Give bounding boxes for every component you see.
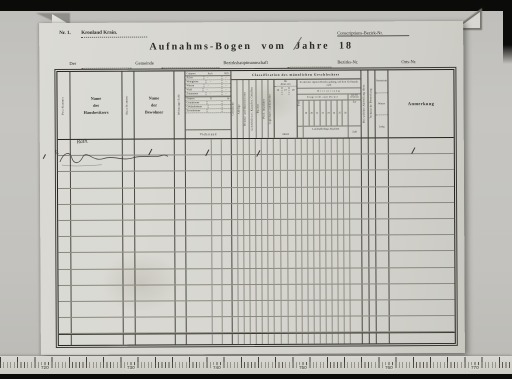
table-cell <box>376 203 389 218</box>
table-cell <box>223 334 233 344</box>
margin-mark <box>43 154 46 159</box>
column-house-owner-name: Name des Hausbesitzers <box>70 72 122 139</box>
age-footer: Jahren <box>275 133 297 138</box>
table-cell <box>135 269 175 284</box>
table-cell <box>59 302 72 317</box>
table-cell <box>135 253 175 268</box>
table-cell <box>288 268 296 283</box>
column-post-number: Post-Nummer <box>57 72 70 139</box>
footer-count-label: Zahl <box>348 126 361 137</box>
klafter-label: Klft. <box>225 72 230 75</box>
table-cell <box>281 220 288 235</box>
dash: – <box>221 76 229 79</box>
footer-label: Landespflichtige Abschnitt <box>304 126 348 137</box>
column-cultures-taxes: Culturen Joch Klft. Äcker–– Weingärten––… <box>185 71 231 138</box>
table-cell <box>350 171 362 186</box>
estate-column: Taglöhner und Knechte <box>268 80 273 138</box>
subheader-bezirk-nr: Bezirks-Nr. <box>337 59 358 64</box>
cultures-box: Culturen Joch Klft. Äcker–– Weingärten––… <box>185 71 230 138</box>
table-cell <box>175 172 186 187</box>
table-cell <box>175 236 186 251</box>
column-classification: Classification des männlichen Geschlecht… <box>231 70 361 138</box>
table-cell <box>135 237 175 252</box>
table-cell <box>369 171 376 186</box>
table-cell <box>274 252 281 267</box>
table-cell <box>281 171 288 186</box>
table-cell <box>187 334 213 344</box>
age-col: 19 <box>290 87 297 95</box>
table-cell <box>288 220 296 235</box>
table-cell <box>363 334 370 344</box>
table-cell <box>222 252 232 267</box>
estate-label: Beamte und Honoratioren <box>245 92 248 126</box>
table-cell <box>58 189 71 204</box>
table-cell <box>389 203 454 219</box>
table-cell <box>350 219 362 234</box>
livestock-label: Viehstand <box>186 130 231 138</box>
blank-line <box>287 66 331 68</box>
table-cell <box>389 219 454 235</box>
classification-estate-columns: Geistliche Adelige Beamte und Honoratior… <box>231 80 274 138</box>
cell <box>207 109 215 112</box>
classification-body: Geistliche Adelige Beamte und Honoratior… <box>231 79 360 138</box>
table-cell <box>124 285 136 300</box>
table-cell <box>212 139 222 154</box>
table-cell <box>288 204 296 219</box>
table-cell <box>275 334 282 344</box>
handwritten-signature-flourish <box>58 146 170 169</box>
subheader-der: Der <box>69 61 76 66</box>
table-cell <box>135 172 175 187</box>
table-cell <box>175 204 186 219</box>
dash: – <box>204 84 212 87</box>
table-cell <box>281 187 288 202</box>
table-cell <box>222 269 232 284</box>
form-paper-sheet: Nr. 1. Kronland Krain. Conscriptions-Bez… <box>39 21 465 355</box>
table-cell <box>289 317 297 332</box>
table-cell <box>389 138 454 154</box>
table-cell <box>362 219 369 234</box>
table-cell <box>350 155 362 170</box>
column-marital-status: Verehelicht Witwer Ledig <box>375 70 388 137</box>
table-cell <box>124 335 136 345</box>
table-cell <box>370 284 377 299</box>
table-cell <box>176 317 187 332</box>
table-cell <box>281 204 288 219</box>
table-cell <box>389 235 454 251</box>
photo-frame-top <box>0 0 512 11</box>
estate-label: Gewerbsleute, Künstler, Gehilfen <box>251 87 254 131</box>
table-cell <box>212 188 222 203</box>
table-cell <box>288 187 296 202</box>
table-cell <box>186 155 212 170</box>
table-cell <box>282 284 289 299</box>
table-cell <box>274 171 281 186</box>
table-cell <box>363 300 370 315</box>
cell <box>208 105 216 108</box>
age-box: Im Alter von 14 17 19 Jahren <box>274 80 297 138</box>
table-cell <box>175 269 186 284</box>
table-cell <box>136 317 176 332</box>
cell <box>222 101 230 104</box>
table-cell <box>350 252 362 267</box>
marital-option: Witwer <box>376 93 388 116</box>
table-cell <box>350 138 362 153</box>
column-label: Bei welcher Abtheilung dient <box>363 85 366 123</box>
sea-label: Zur See bestimmt <box>349 94 361 99</box>
column-label: Wohnungs-Zahl <box>178 95 181 116</box>
table-cell <box>288 155 296 170</box>
table-cell <box>274 139 281 154</box>
enrolled-label: Eingereiht zum Dienst <box>298 94 349 99</box>
table-cell <box>351 284 363 299</box>
table-cell <box>212 172 222 187</box>
estate-label: Bauern <box>257 104 260 113</box>
ruler-label: 770 <box>470 365 480 370</box>
table-cell <box>213 301 223 316</box>
age-col: 14 <box>274 87 282 95</box>
table-cell <box>175 188 186 203</box>
ruler-label: 760 <box>384 365 394 370</box>
table-cell <box>135 204 175 219</box>
table-cell <box>362 171 369 186</box>
conscription-district-label: Conscriptions-Bezirk-Nr. <box>337 30 409 37</box>
age-columns: 14 17 19 <box>274 86 296 95</box>
table-cell <box>275 301 282 316</box>
table-cell <box>59 335 72 345</box>
table-cell <box>213 317 223 332</box>
cell <box>222 105 230 108</box>
table-cell <box>370 334 377 344</box>
table-cell <box>176 335 187 345</box>
table-cell <box>72 318 124 333</box>
dash: – <box>221 92 229 95</box>
table-cell <box>222 139 232 154</box>
table-cell <box>389 170 454 186</box>
dash: – <box>203 88 211 91</box>
table-cell <box>186 172 212 187</box>
recruitment-box: Zu dem der eigenen Bezirke gehörig, und … <box>297 79 360 137</box>
table-cell <box>223 301 233 316</box>
culture-label: Äcker <box>186 76 192 79</box>
table-cell <box>123 253 135 268</box>
table-cell <box>175 220 186 235</box>
table-cell <box>369 268 376 283</box>
column-label: Anmerkung <box>408 101 434 106</box>
table-cell <box>123 188 135 203</box>
table-cell <box>135 220 175 235</box>
free-label: Frei <box>299 101 302 106</box>
table-cell <box>187 317 213 332</box>
table-cell <box>289 301 297 316</box>
table-cell <box>176 301 187 316</box>
table-cell <box>71 188 123 203</box>
table-cell <box>58 237 71 252</box>
marital-option: Ledig <box>376 116 388 138</box>
table-cell <box>136 285 176 300</box>
table-cell <box>351 334 363 344</box>
table-cell <box>351 316 363 331</box>
ruler-label: 750 <box>298 365 308 370</box>
table-cell <box>58 205 71 220</box>
table-cell <box>136 301 176 316</box>
table-cell <box>288 236 296 251</box>
document-number: Nr. 1. <box>59 31 71 37</box>
table-cell <box>212 252 222 267</box>
table-cell <box>222 236 232 251</box>
table-cell <box>123 221 135 236</box>
column-label: Post-Nummer <box>62 97 65 115</box>
table-cell <box>58 253 71 268</box>
table-cell <box>58 172 71 187</box>
table-cell <box>350 187 362 202</box>
table-cell <box>124 301 136 316</box>
column-label: Haus-Nummer <box>127 96 130 115</box>
table-cell <box>376 171 389 186</box>
table-cell <box>71 221 123 236</box>
table-cell <box>377 284 390 299</box>
table-cell <box>187 285 213 300</box>
tax-label: Gebäudesteuer <box>187 105 202 108</box>
cultures-title: Culturen <box>186 72 195 75</box>
table-cell <box>362 138 369 153</box>
table-cell <box>390 333 455 343</box>
culture-label: Wiesen <box>186 84 194 87</box>
table-cell <box>389 187 454 203</box>
table-cell <box>376 252 389 267</box>
classification-box: Classification des männlichen Geschlecht… <box>231 70 360 138</box>
column-house-number: Haus-Nummer <box>122 72 134 139</box>
column-resident-name: Name der Bewohner <box>134 71 174 138</box>
table-cell <box>362 187 369 202</box>
table-cell <box>176 285 187 300</box>
taxes-box: Steuern fl kr Grundsteuer Gebäudesteuer … <box>186 96 231 130</box>
table-cell <box>274 187 281 202</box>
table-cell <box>389 154 454 170</box>
column-label: Name des Hausbesitzers <box>84 95 109 117</box>
table-cell <box>71 253 123 268</box>
table-cell <box>377 316 390 331</box>
culture-label: Zusammen <box>186 92 198 95</box>
table-cell <box>350 236 362 251</box>
table-cell <box>281 139 288 154</box>
table-cell <box>212 204 222 219</box>
column-dwelling-count: Wohnungs-Zahl <box>174 71 185 138</box>
dash: – <box>206 80 214 83</box>
subheader-bezirkshauptmannschaft: Bezirkshauptmannschaft <box>223 60 268 65</box>
table-cell <box>376 187 389 202</box>
subheader-orts-nr: Orts-Nr. <box>401 59 416 64</box>
estate-label: Prof. Inwohner <box>263 99 266 119</box>
table-cell <box>274 204 281 219</box>
table-cell <box>289 284 297 299</box>
cell <box>222 109 230 112</box>
table-cell <box>222 204 232 219</box>
table-cell <box>222 220 232 235</box>
fl-label: fl <box>210 97 212 100</box>
table-cell <box>289 334 297 344</box>
table-cell <box>351 300 363 315</box>
scanned-document-photo: Nr. 1. Kronland Krain. Conscriptions-Bez… <box>0 0 512 379</box>
blank-line <box>81 67 131 69</box>
table-cell <box>135 188 175 203</box>
table-cell <box>123 237 135 252</box>
tax-row: Erwerbsteuer <box>186 109 231 113</box>
table-cell <box>350 203 362 218</box>
estate-label: Taglöhner und Knechte <box>270 94 273 124</box>
table-cell <box>175 156 186 171</box>
photo-frame-bottom <box>0 374 512 379</box>
subheader-gemeinde: Gemeinde <box>135 61 154 66</box>
joch-label: Joch <box>208 72 213 75</box>
table-cell <box>363 284 370 299</box>
table-cell <box>390 300 455 316</box>
table-cell <box>389 251 454 267</box>
tax-label: Grundsteuer <box>187 101 200 104</box>
age-col: 17 <box>282 87 290 95</box>
table-cell <box>175 253 186 268</box>
table-cell <box>377 300 390 315</box>
dash: – <box>221 88 229 91</box>
table-cell <box>72 285 124 300</box>
table-cell <box>213 285 223 300</box>
ruler-label: 730 <box>126 365 136 370</box>
table-cell <box>288 139 296 154</box>
blank-line <box>161 66 219 68</box>
table-cell <box>282 334 289 344</box>
cell <box>206 101 214 104</box>
kr-label: kr <box>227 97 229 100</box>
table-cell <box>350 268 362 283</box>
table-cell <box>369 252 376 267</box>
table-cell <box>362 252 369 267</box>
crownland-label: Kronland Krain. <box>81 31 147 38</box>
table-cell <box>123 172 135 187</box>
table-cell <box>281 252 288 267</box>
taxes-title: Steuern <box>187 97 195 100</box>
table-cell <box>377 334 390 344</box>
table-cell <box>59 318 72 333</box>
form-title: Aufnahms-Bogen vom Jahre 18 <box>39 40 463 54</box>
table-cell <box>58 221 71 236</box>
table-cell <box>212 220 222 235</box>
table-cell <box>390 316 455 332</box>
table-cell <box>187 301 213 316</box>
table-cell <box>376 219 389 234</box>
table-header-row: Post-Nummer Name des Hausbesitzers Haus-… <box>57 70 453 140</box>
table-cell <box>123 269 135 284</box>
table-cell <box>186 269 212 284</box>
table-cell <box>71 237 123 252</box>
handwritten-note: Rath. <box>77 138 89 145</box>
marital-stack: Verehelicht Witwer Ledig <box>375 70 387 137</box>
table-cell <box>186 220 212 235</box>
table-cell <box>186 236 212 251</box>
table-cell <box>186 204 212 219</box>
table-body <box>58 138 455 345</box>
table-cell <box>175 139 186 154</box>
table-cell <box>212 155 222 170</box>
table-cell <box>213 334 223 344</box>
totals-row <box>59 332 455 345</box>
estate-label: Adelige <box>239 104 242 114</box>
table-cell <box>123 204 135 219</box>
marital-option: Verehelicht <box>375 70 387 93</box>
dash: – <box>221 84 229 87</box>
zur-column: Zur <box>349 100 361 125</box>
dash: – <box>206 92 214 95</box>
recruitment-band1: Zu dem der eigenen Bezirke gehörig, und … <box>297 79 360 88</box>
table-cell <box>72 335 124 345</box>
table-cell <box>223 285 233 300</box>
table-cell <box>58 269 71 284</box>
table-cell <box>71 172 123 187</box>
table-cell <box>288 252 296 267</box>
culture-label: Weingärten <box>186 80 198 83</box>
table-cell <box>124 318 136 333</box>
table-cell <box>389 267 454 283</box>
table-cell <box>223 317 233 332</box>
estate-label: Geistliche <box>233 102 236 115</box>
ruler-label: 720 <box>40 365 50 370</box>
table-cell <box>71 269 123 284</box>
table-cell <box>212 269 222 284</box>
table-cell <box>222 188 232 203</box>
dash: – <box>203 76 211 79</box>
dash: – <box>221 80 229 83</box>
table-cell <box>390 284 455 300</box>
ruler-label: 740 <box>212 365 222 370</box>
table-cell <box>59 286 72 301</box>
table-cell <box>274 220 281 235</box>
table-cell <box>369 138 376 153</box>
table-cell <box>222 155 232 170</box>
table-cell <box>369 187 376 202</box>
tax-label: Erwerbsteuer <box>187 109 201 112</box>
table-cell <box>376 138 389 153</box>
ruler-minor-ticks <box>0 362 512 368</box>
table-cell <box>186 188 212 203</box>
year-columns: Frei 19 20 21 22 23 24 25 26 Zur <box>298 100 361 125</box>
photo-frame-right <box>503 0 512 64</box>
column-remark: Anmerkung <box>388 70 453 137</box>
table-cell <box>72 302 124 317</box>
table-cell <box>136 335 176 345</box>
table-cell <box>376 268 389 283</box>
table-cell <box>370 300 377 315</box>
table-cell <box>376 235 389 250</box>
conscription-table: Post-Nummer Name des Hausbesitzers Haus-… <box>56 69 455 346</box>
table-cell <box>376 154 389 169</box>
table-cell <box>282 301 289 316</box>
culture-label: Wald <box>186 88 191 91</box>
measuring-ruler: 720730740750760770 <box>0 356 512 374</box>
table-cell <box>288 171 296 186</box>
table-cell <box>275 285 282 300</box>
table-cell <box>369 219 376 234</box>
table-cell <box>71 204 123 219</box>
table-cell <box>222 171 232 186</box>
recruitment-footer: Landespflichtige Abschnitt Zahl <box>298 125 361 137</box>
column-label: Name der Bewohner <box>145 94 163 116</box>
column-label: Technische Bemerkung <box>370 89 373 119</box>
table-cell <box>186 253 212 268</box>
table-cell <box>212 236 222 251</box>
